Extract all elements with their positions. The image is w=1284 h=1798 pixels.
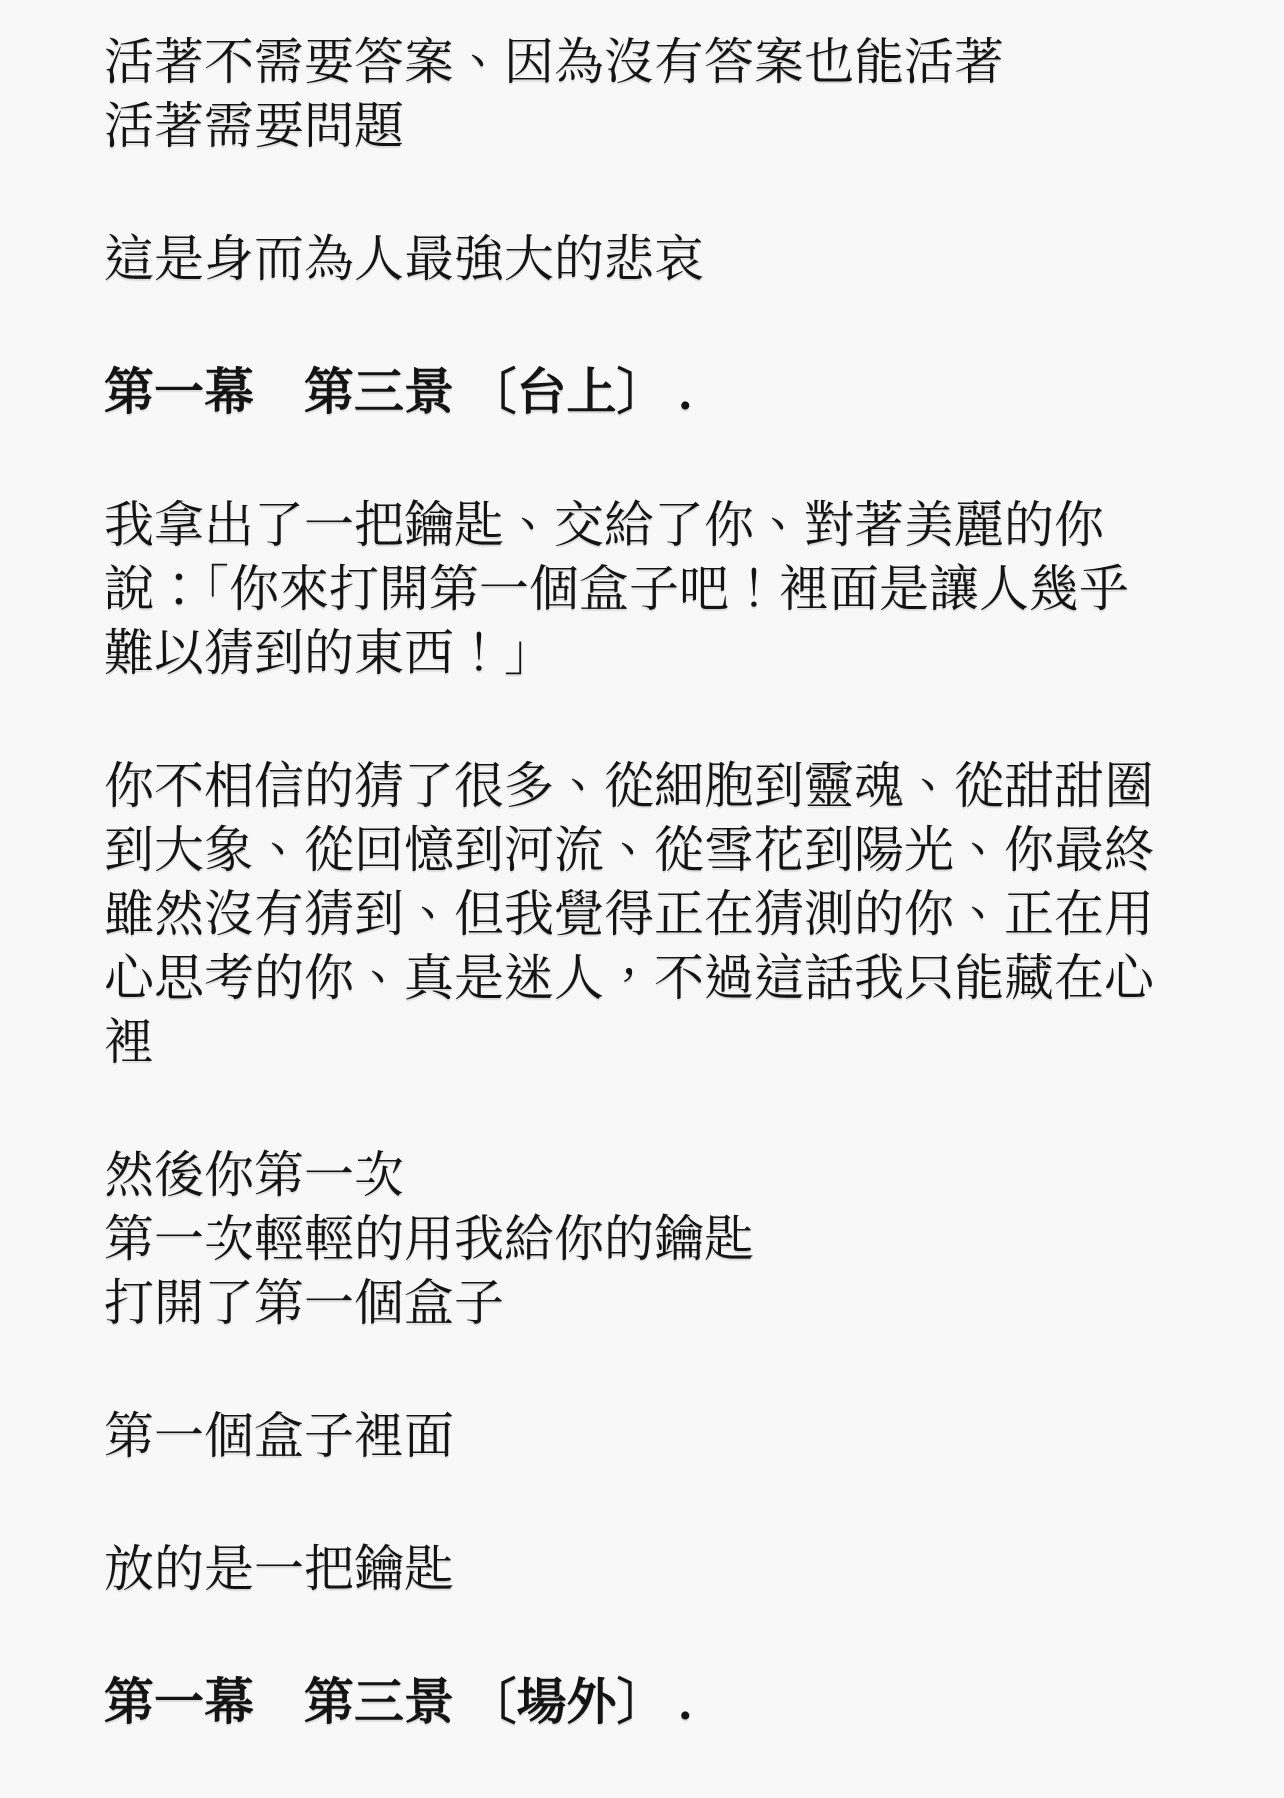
paragraph: 這是身而為人最強大的悲哀	[104, 227, 1188, 291]
document-page: 活著不需要答案、因為沒有答案也能活著 活著需要問題 這是身而為人最強大的悲哀 第…	[104, 30, 1188, 1734]
paragraph: 我拿出了一把鑰匙、交給了你、對著美麗的你 說：「你來打開第一個盒子吧！裡面是讓人…	[104, 493, 1188, 685]
paragraph: 活著不需要答案、因為沒有答案也能活著 活著需要問題	[104, 30, 1188, 158]
scene-heading: 第一幕 第三景 〔台上〕 .	[104, 360, 1188, 424]
paragraph: 你不相信的猜了很多、從細胞到靈魂、從甜甜圈 到大象、從回憶到河流、從雪花到陽光、…	[104, 754, 1188, 1074]
paragraph: 然後你第一次 第一次輕輕的用我給你的鑰匙 打開了第一個盒子	[104, 1143, 1188, 1335]
scene-heading: 第一幕 第三景 〔場外〕 .	[104, 1670, 1188, 1734]
paragraph: 第一個盒子裡面	[104, 1404, 1188, 1468]
paragraph: 放的是一把鑰匙	[104, 1537, 1188, 1601]
